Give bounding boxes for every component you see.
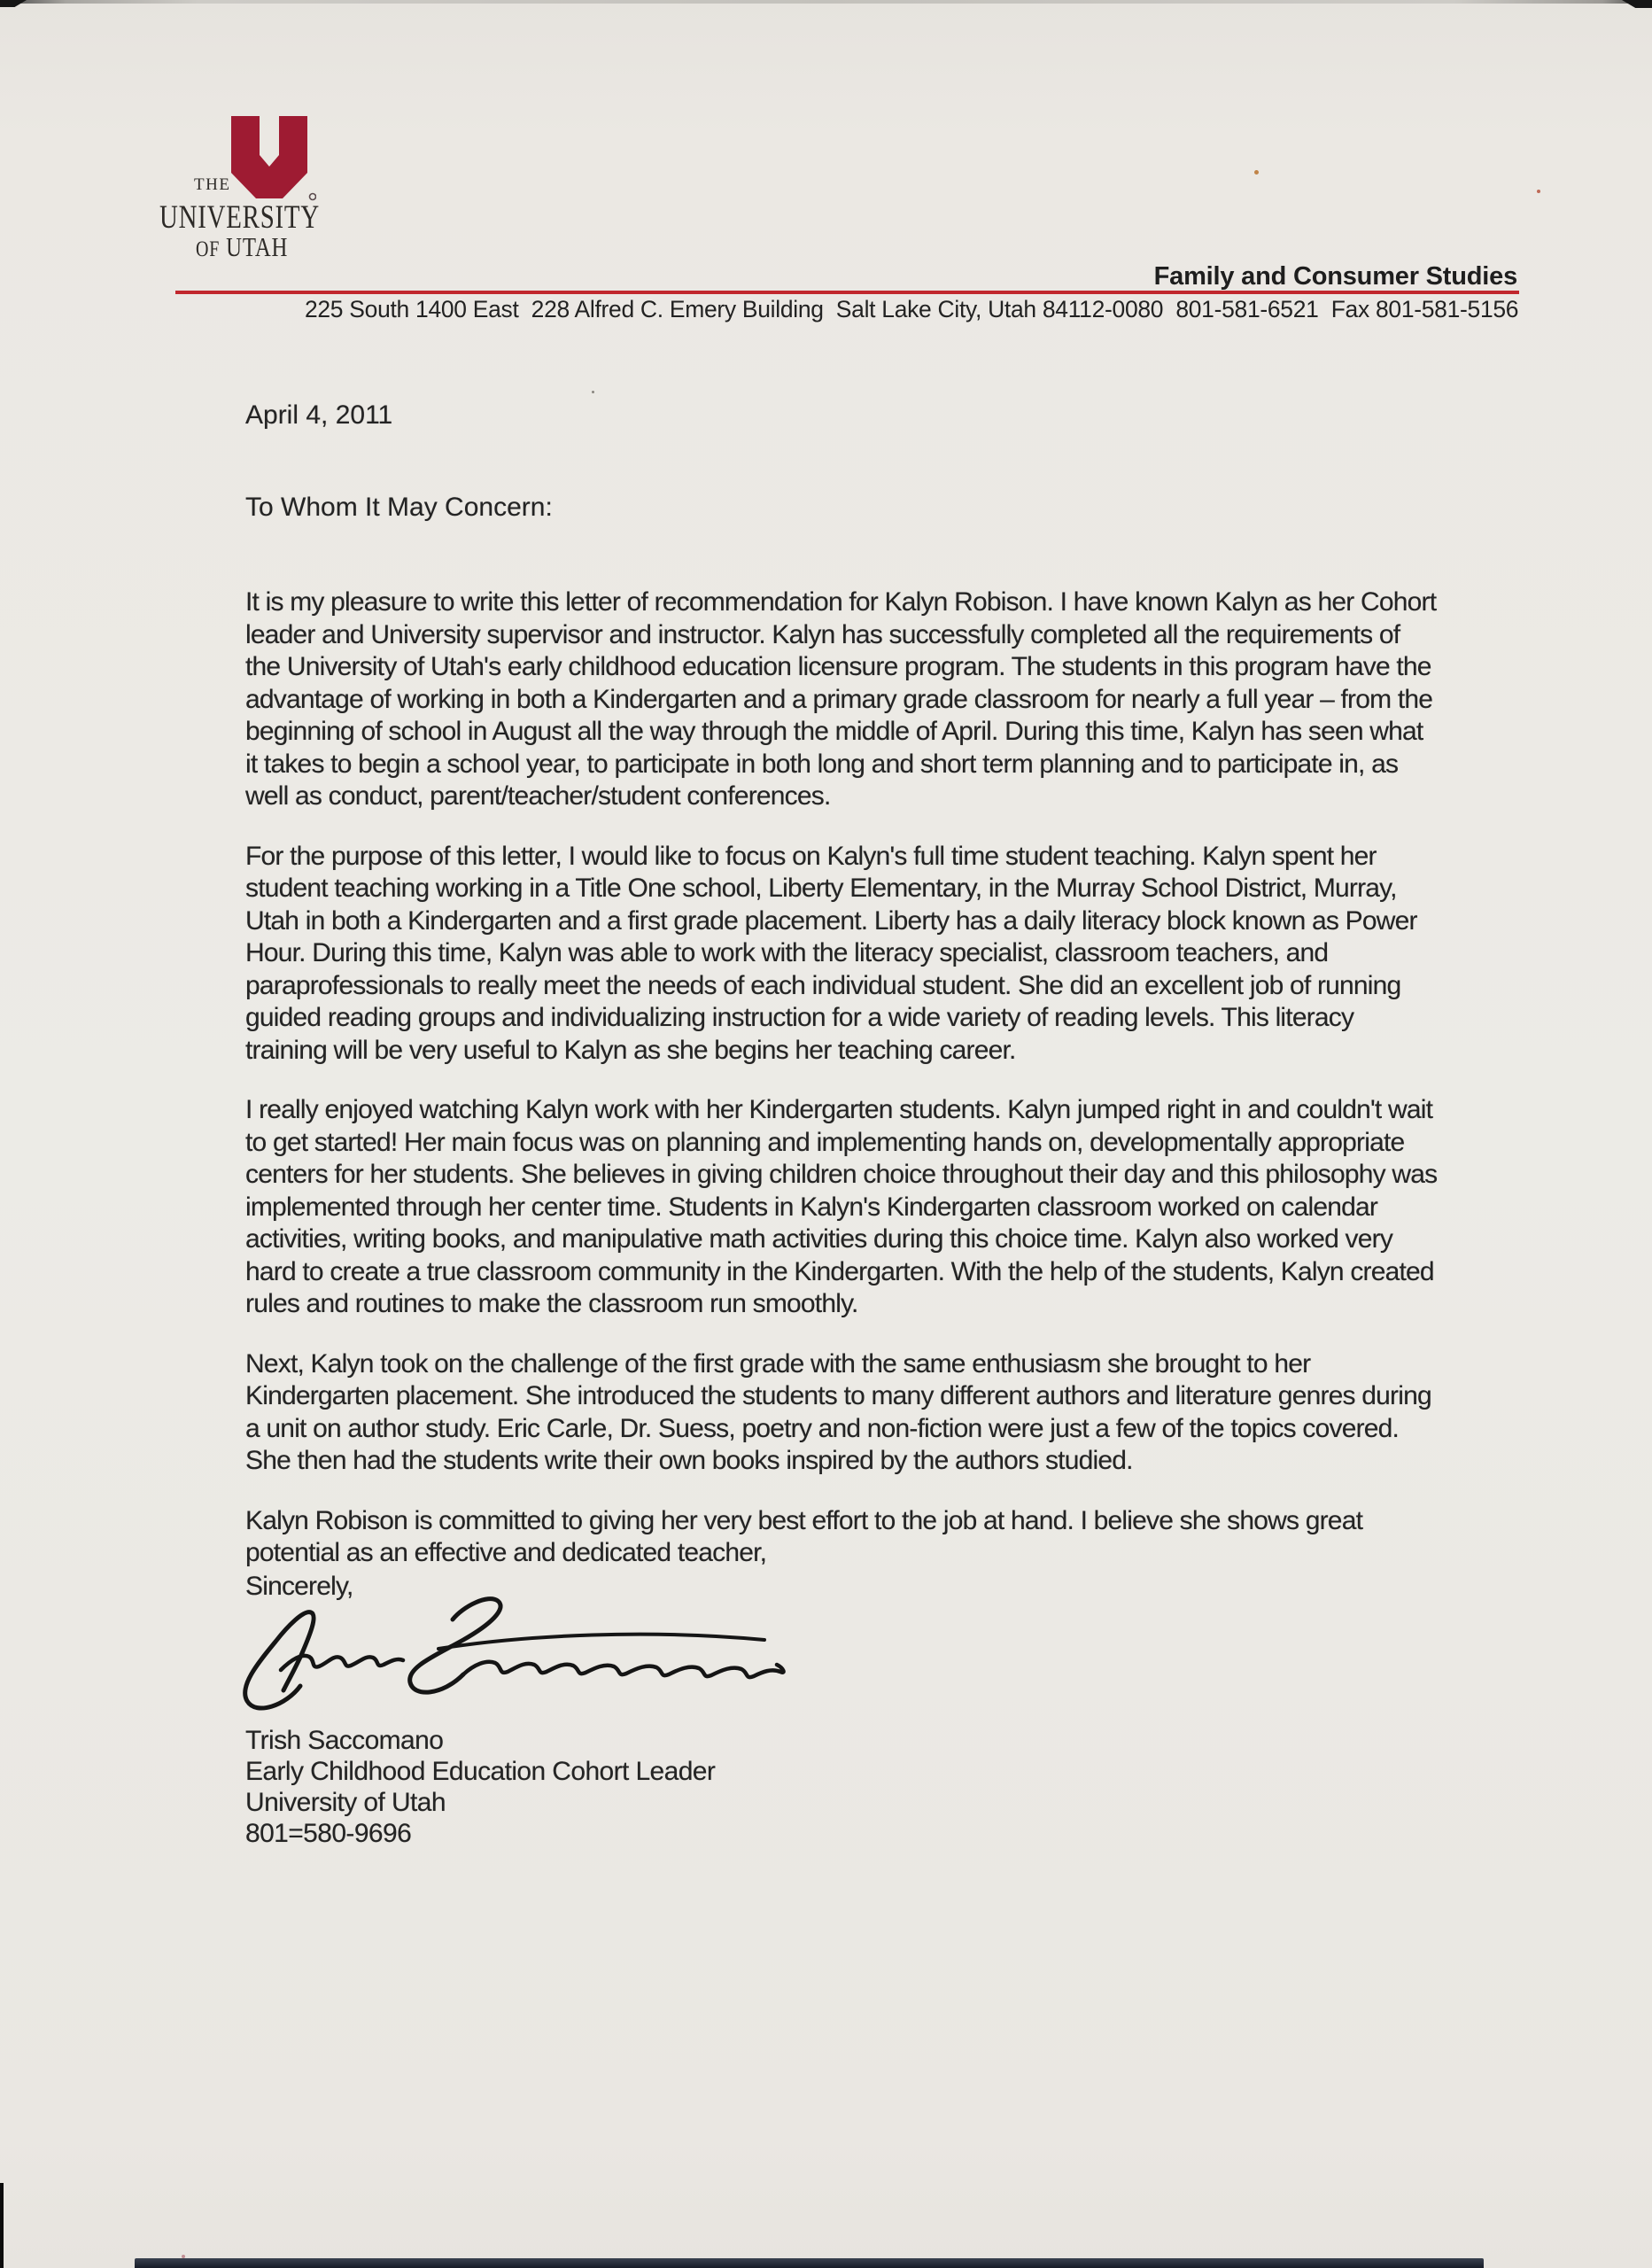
address-line: 225 South 1400 East 228 Alfred C. Emery … [305, 296, 1518, 323]
paragraph-3: I really enjoyed watching Kalyn work wit… [245, 1094, 1439, 1321]
scan-edge-artifact-left [0, 2183, 4, 2268]
scan-speck [592, 391, 594, 393]
department-name: Family and Consumer Studies [1154, 262, 1517, 291]
letter-date: April 4, 2011 [245, 400, 392, 431]
handwritten-signature [226, 1588, 881, 1721]
signer-organization: University of Utah [245, 1787, 1439, 1818]
salutation: To Whom It May Concern: [245, 493, 553, 523]
scan-corner-mark-left [0, 0, 27, 7]
scan-edge-artifact-bottom [135, 2258, 1484, 2268]
signer-phone: 801=580-9696 [245, 1818, 1439, 1849]
paragraph-2: For the purpose of this letter, I would … [245, 841, 1439, 1068]
paragraph-1: It is my pleasure to write this letter o… [245, 586, 1439, 813]
scanned-letter-page: THE UNIVERSITY OF UTAH Family and Consum… [0, 0, 1652, 2268]
signature-block: Trish Saccomano Early Childhood Educatio… [245, 1725, 1439, 1849]
letter-body: It is my pleasure to write this letter o… [245, 586, 1439, 1849]
paragraph-4: Next, Kalyn took on the challenge of the… [245, 1348, 1439, 1478]
logo-word-the: THE [194, 175, 230, 195]
scan-speck [1537, 190, 1540, 193]
logo-word-utah: UTAH [226, 231, 288, 262]
scan-speck [1254, 170, 1259, 175]
signer-name: Trish Saccomano [245, 1725, 1439, 1756]
paragraph-5: Kalyn Robison is committed to giving her… [245, 1505, 1439, 1570]
utah-block-u-icon [231, 116, 316, 205]
scan-edge-artifact-top [0, 0, 1652, 4]
letterhead-rule [175, 291, 1519, 294]
scan-corner-mark-right [1622, 0, 1652, 8]
logo-word-of-utah: OF UTAH [196, 231, 288, 263]
logo-word-of: OF [196, 237, 220, 261]
signer-title: Early Childhood Education Cohort Leader [245, 1756, 1439, 1787]
